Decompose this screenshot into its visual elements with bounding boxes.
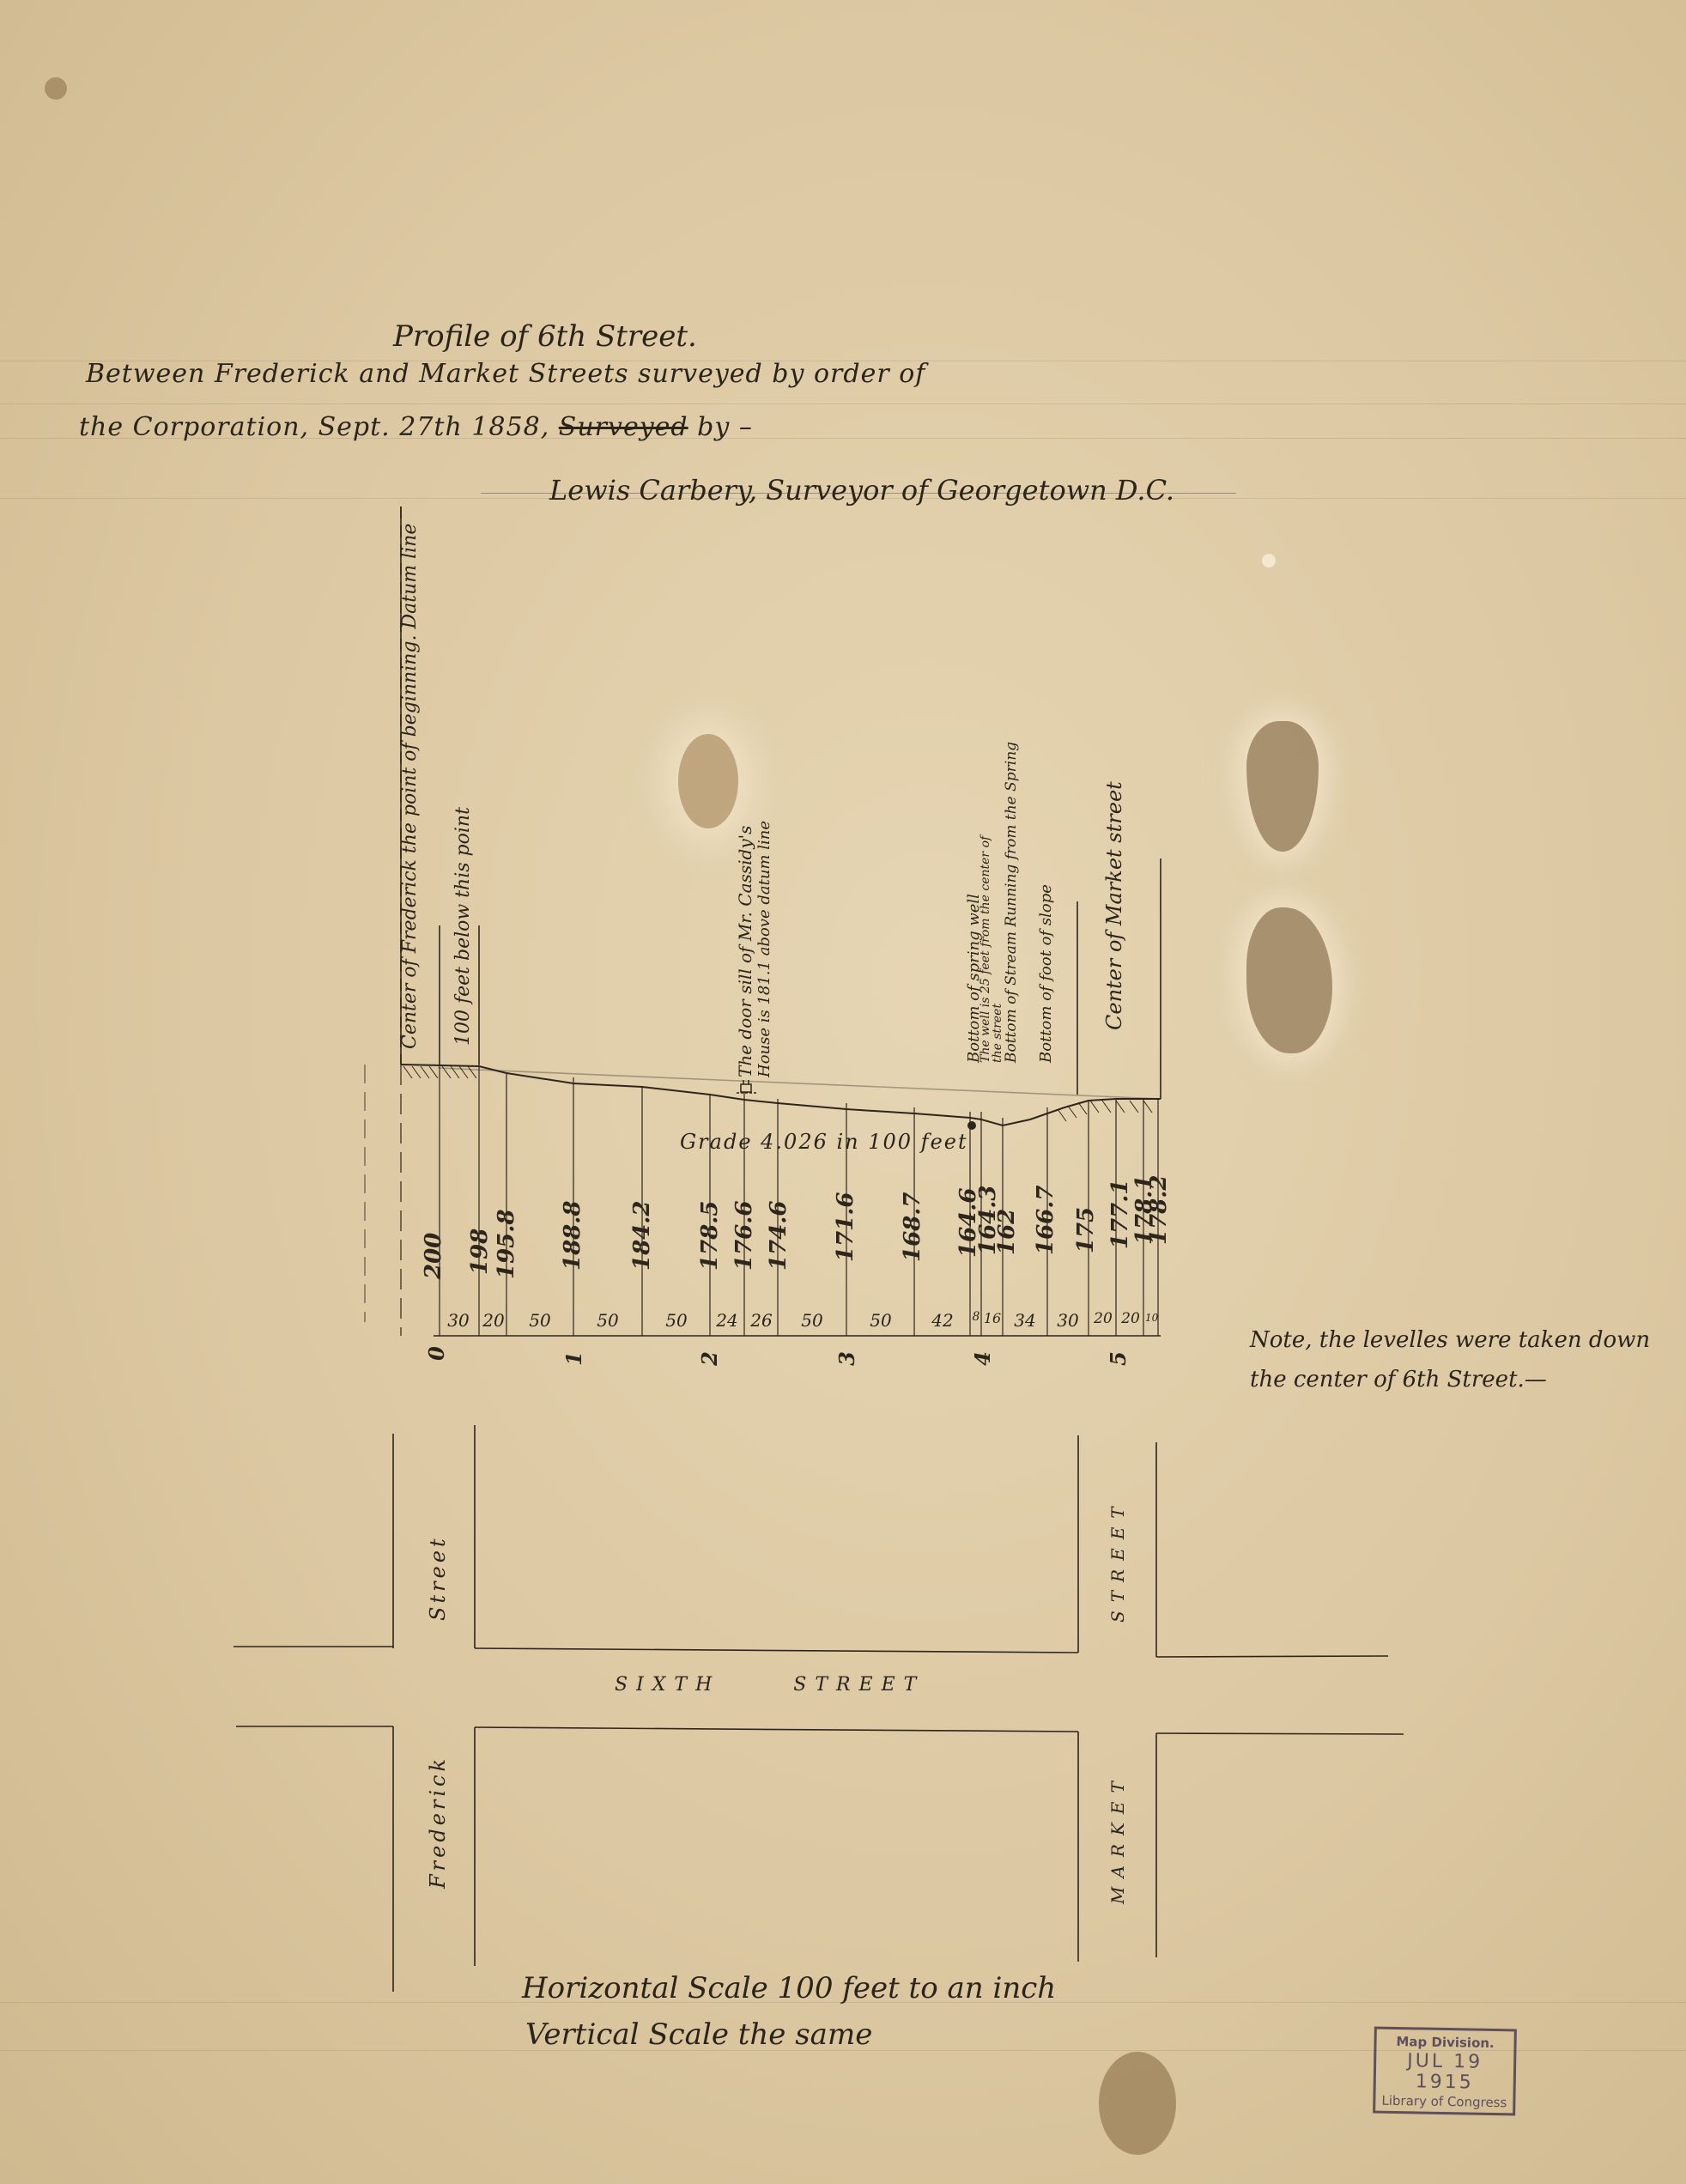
stamp-line-3: Library of Congress [1375, 2093, 1513, 2109]
elevation-label: 175 [1073, 1207, 1099, 1253]
distance-label: 50 [779, 1310, 845, 1331]
distance-label: 50 [848, 1310, 913, 1331]
datum-below-note: 100 feet below this point [452, 807, 474, 1046]
station-label: 5 [1106, 1351, 1131, 1366]
stamp-line-1: Map Division. [1376, 2035, 1513, 2051]
station-label: 1 [561, 1351, 586, 1366]
distance-label: 20 [1118, 1310, 1143, 1327]
frederick-name-label: Frederick [426, 1756, 450, 1889]
distance-label: 10 [1145, 1312, 1157, 1324]
elevation-label: 195.8 [494, 1210, 519, 1279]
grade-label: Grade 4.026 in 100 feet [680, 1130, 968, 1154]
elevation-label: 168.7 [900, 1192, 925, 1262]
distance-label: 20 [1090, 1310, 1116, 1327]
cassidy-note-1: The door sill of Mr. Cassidy's [735, 826, 755, 1077]
elevation-label: 188.8 [560, 1201, 585, 1271]
library-stamp: Map Division. JUL 19 1915 Library of Con… [1373, 2027, 1517, 2116]
spring-note-4: Bottom of Stream Running from the Spring [1003, 742, 1020, 1063]
market-name-label: MARKET [1107, 1773, 1128, 1904]
spring-well-icon [967, 1121, 976, 1130]
distance-label: 50 [644, 1310, 709, 1331]
frederick-center-note: Center of Frederick the point of beginni… [399, 524, 421, 1049]
distance-label: 26 [746, 1310, 777, 1331]
elevation-label: 162 [994, 1209, 1020, 1255]
station-label: 3 [834, 1351, 859, 1366]
elevation-label: 178.5 [697, 1201, 723, 1271]
cassidy-note-2: House is 181.1 above datum line [755, 821, 773, 1077]
elevation-label: 178.2 [1146, 1175, 1172, 1245]
elevation-label: 166.7 [1033, 1186, 1058, 1255]
note-line-1: Note, the levelles were taken down [1250, 1327, 1650, 1353]
profile-drawing [0, 0, 1686, 2184]
elevation-label: 200 [421, 1233, 446, 1279]
vertical-scale-label: Vertical Scale the same [525, 2017, 872, 2052]
horizontal-scale-label: Horizontal Scale 100 feet to an inch [522, 1971, 1056, 2005]
distance-label: 16 [982, 1310, 1003, 1326]
market-street-label: STREET [1107, 1498, 1128, 1623]
elevation-label: 184.2 [629, 1201, 655, 1271]
distance-label: 24 [712, 1310, 743, 1331]
elevation-label: 177.1 [1107, 1180, 1133, 1249]
elevation-label: 176.6 [731, 1201, 757, 1271]
elevation-label: 171.6 [833, 1192, 858, 1262]
distance-label: 34 [1004, 1310, 1046, 1331]
frederick-street-label: Street [426, 1535, 450, 1621]
elevation-label: 174.6 [766, 1201, 791, 1271]
distance-label: 42 [916, 1310, 969, 1331]
distance-label: 50 [508, 1310, 572, 1331]
distance-label: 30 [441, 1310, 476, 1331]
distance-label: 50 [575, 1310, 640, 1331]
distance-label: 8 [970, 1310, 982, 1324]
note-line-2: the center of 6th Street.— [1250, 1367, 1547, 1392]
station-label: 4 [970, 1351, 995, 1366]
distance-label: 30 [1049, 1310, 1087, 1331]
station-label: 2 [697, 1351, 722, 1366]
market-center-note: Center of Market street [1102, 781, 1126, 1030]
foot-of-slope-note: Bottom of foot of slope [1037, 884, 1055, 1063]
sixth-street-label: SIXTH STREET [615, 1674, 925, 1696]
elevation-label: 198 [467, 1228, 493, 1275]
distance-label: 20 [481, 1310, 506, 1331]
stamp-date: JUL 19 1915 [1376, 2050, 1514, 2094]
station-label: 0 [424, 1346, 449, 1361]
